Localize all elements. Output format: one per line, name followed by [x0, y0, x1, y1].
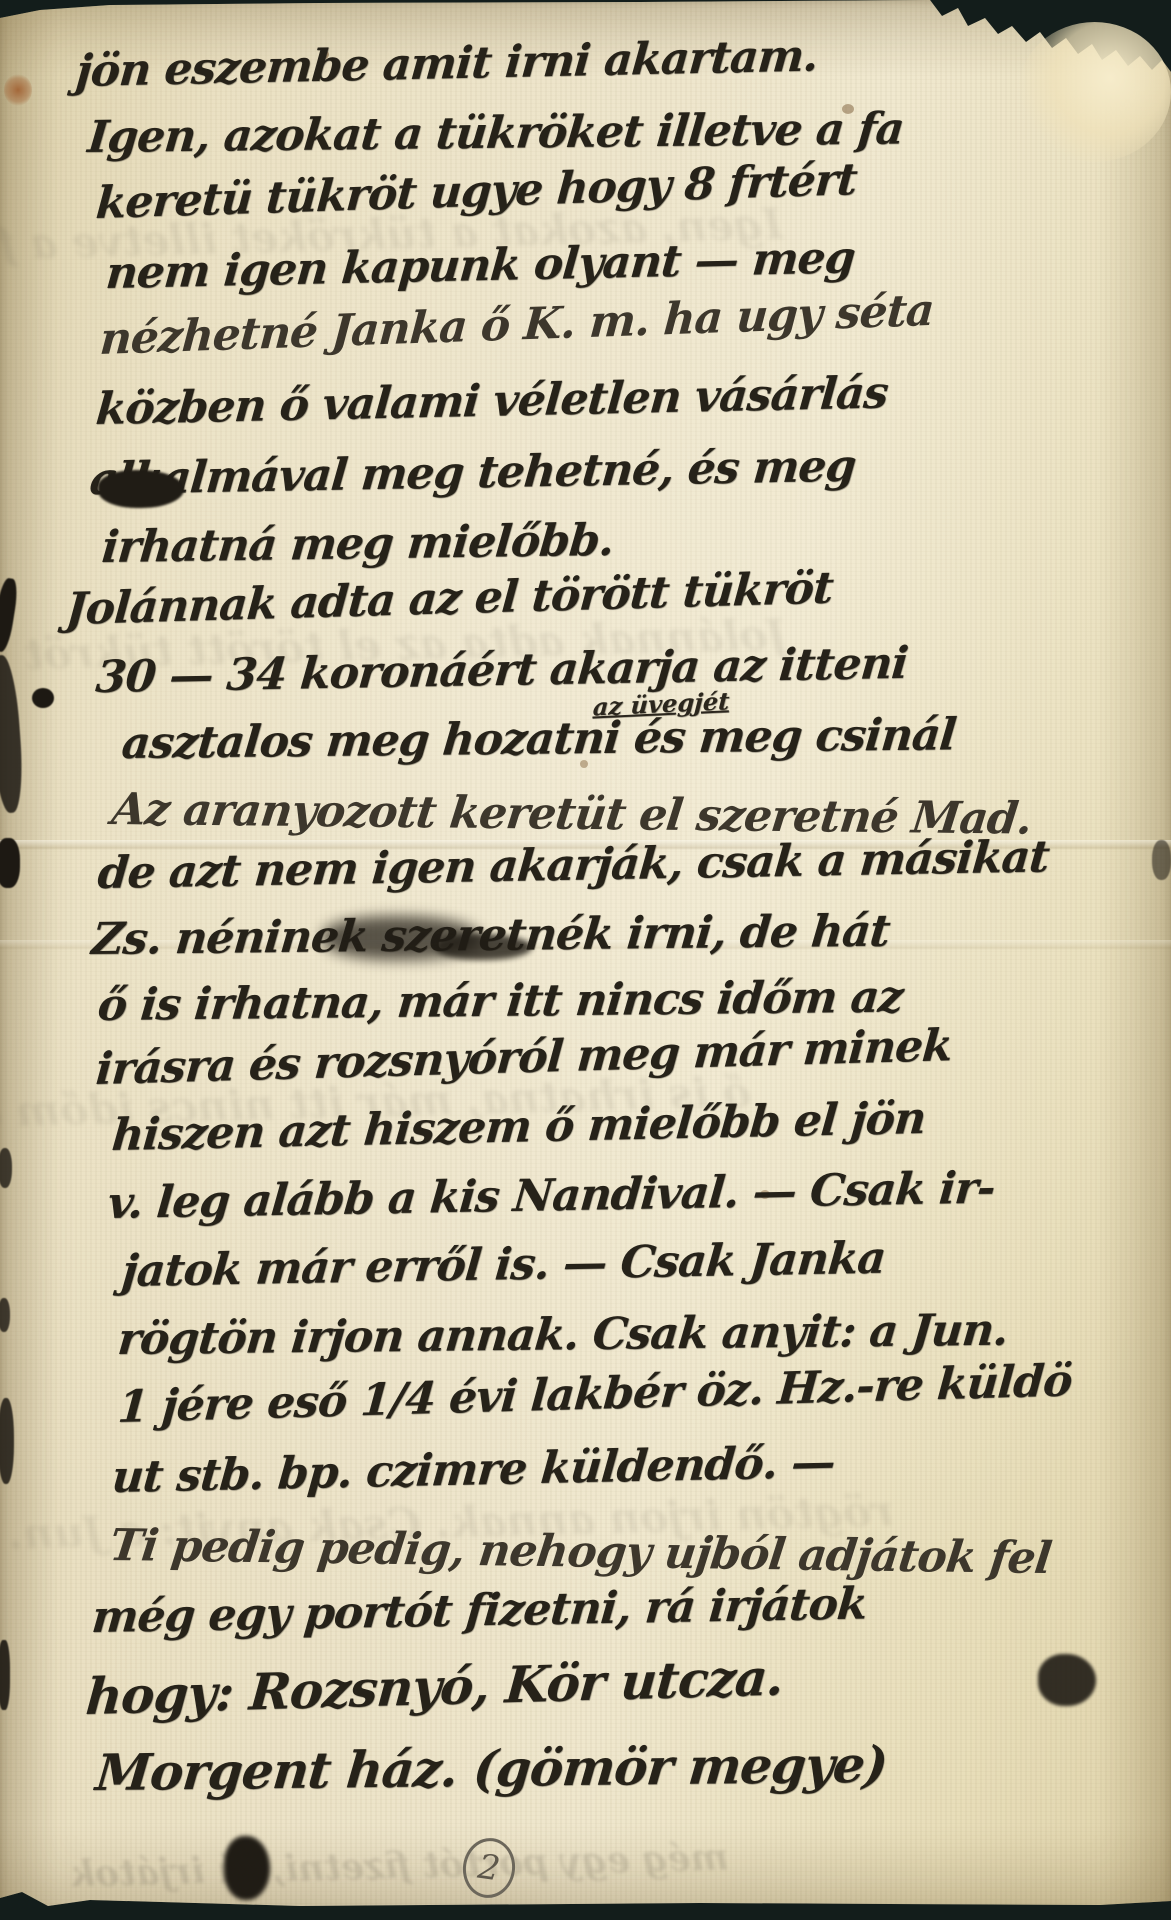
ink-blot: [1038, 1654, 1096, 1706]
edge-ink-mark: [0, 1640, 10, 1710]
edge-ink-mark: [1152, 840, 1171, 880]
handwriting-line-text: asztalos meg hozatni és meg csinál: [120, 709, 958, 769]
crossed-out-smudge: [436, 934, 532, 960]
handwriting-line: Igen, azokat a tükröket illetve a fa: [86, 107, 905, 160]
edge-ink-mark: [32, 688, 54, 708]
edge-ink-mark: [0, 1398, 14, 1484]
handwriting-line: alkalmával meg tehetné, és meg: [88, 445, 857, 502]
torn-corner-stain: [1018, 22, 1171, 162]
ink-blot: [98, 470, 184, 508]
handwriting-line: ő is irhatna, már itt nincs időm az: [96, 976, 904, 1028]
letter-scan: Igen, azokat a tükröket illetve a fa Jol…: [0, 0, 1171, 1920]
fox-stain: [4, 74, 32, 106]
edge-ink-mark: [0, 1148, 12, 1188]
ink-blot: [224, 1836, 270, 1900]
handwriting-line: asztalos meg hozatni és meg csinál az üv…: [120, 713, 957, 766]
handwriting-line: Morgent ház. (gömör megye): [94, 1740, 889, 1798]
page-number: 2: [476, 1850, 502, 1887]
handwriting-line: még egy portót fizetni, rá irjátok: [90, 1582, 868, 1640]
edge-ink-mark: [0, 1298, 10, 1332]
handwriting-line: Ti pedig pedig, nehogy ujból adjátok fel: [107, 1524, 1053, 1581]
edge-ink-mark: [0, 838, 20, 888]
handwriting-line: jatok már erről is. — Csak Janka: [120, 1237, 887, 1294]
inserted-word: az üvegjét: [592, 689, 730, 719]
handwriting-line: irhatná meg mielőbb.: [100, 519, 615, 570]
handwriting-line: rögtön irjon annak. Csak anyit: a Jun.: [116, 1309, 1010, 1362]
